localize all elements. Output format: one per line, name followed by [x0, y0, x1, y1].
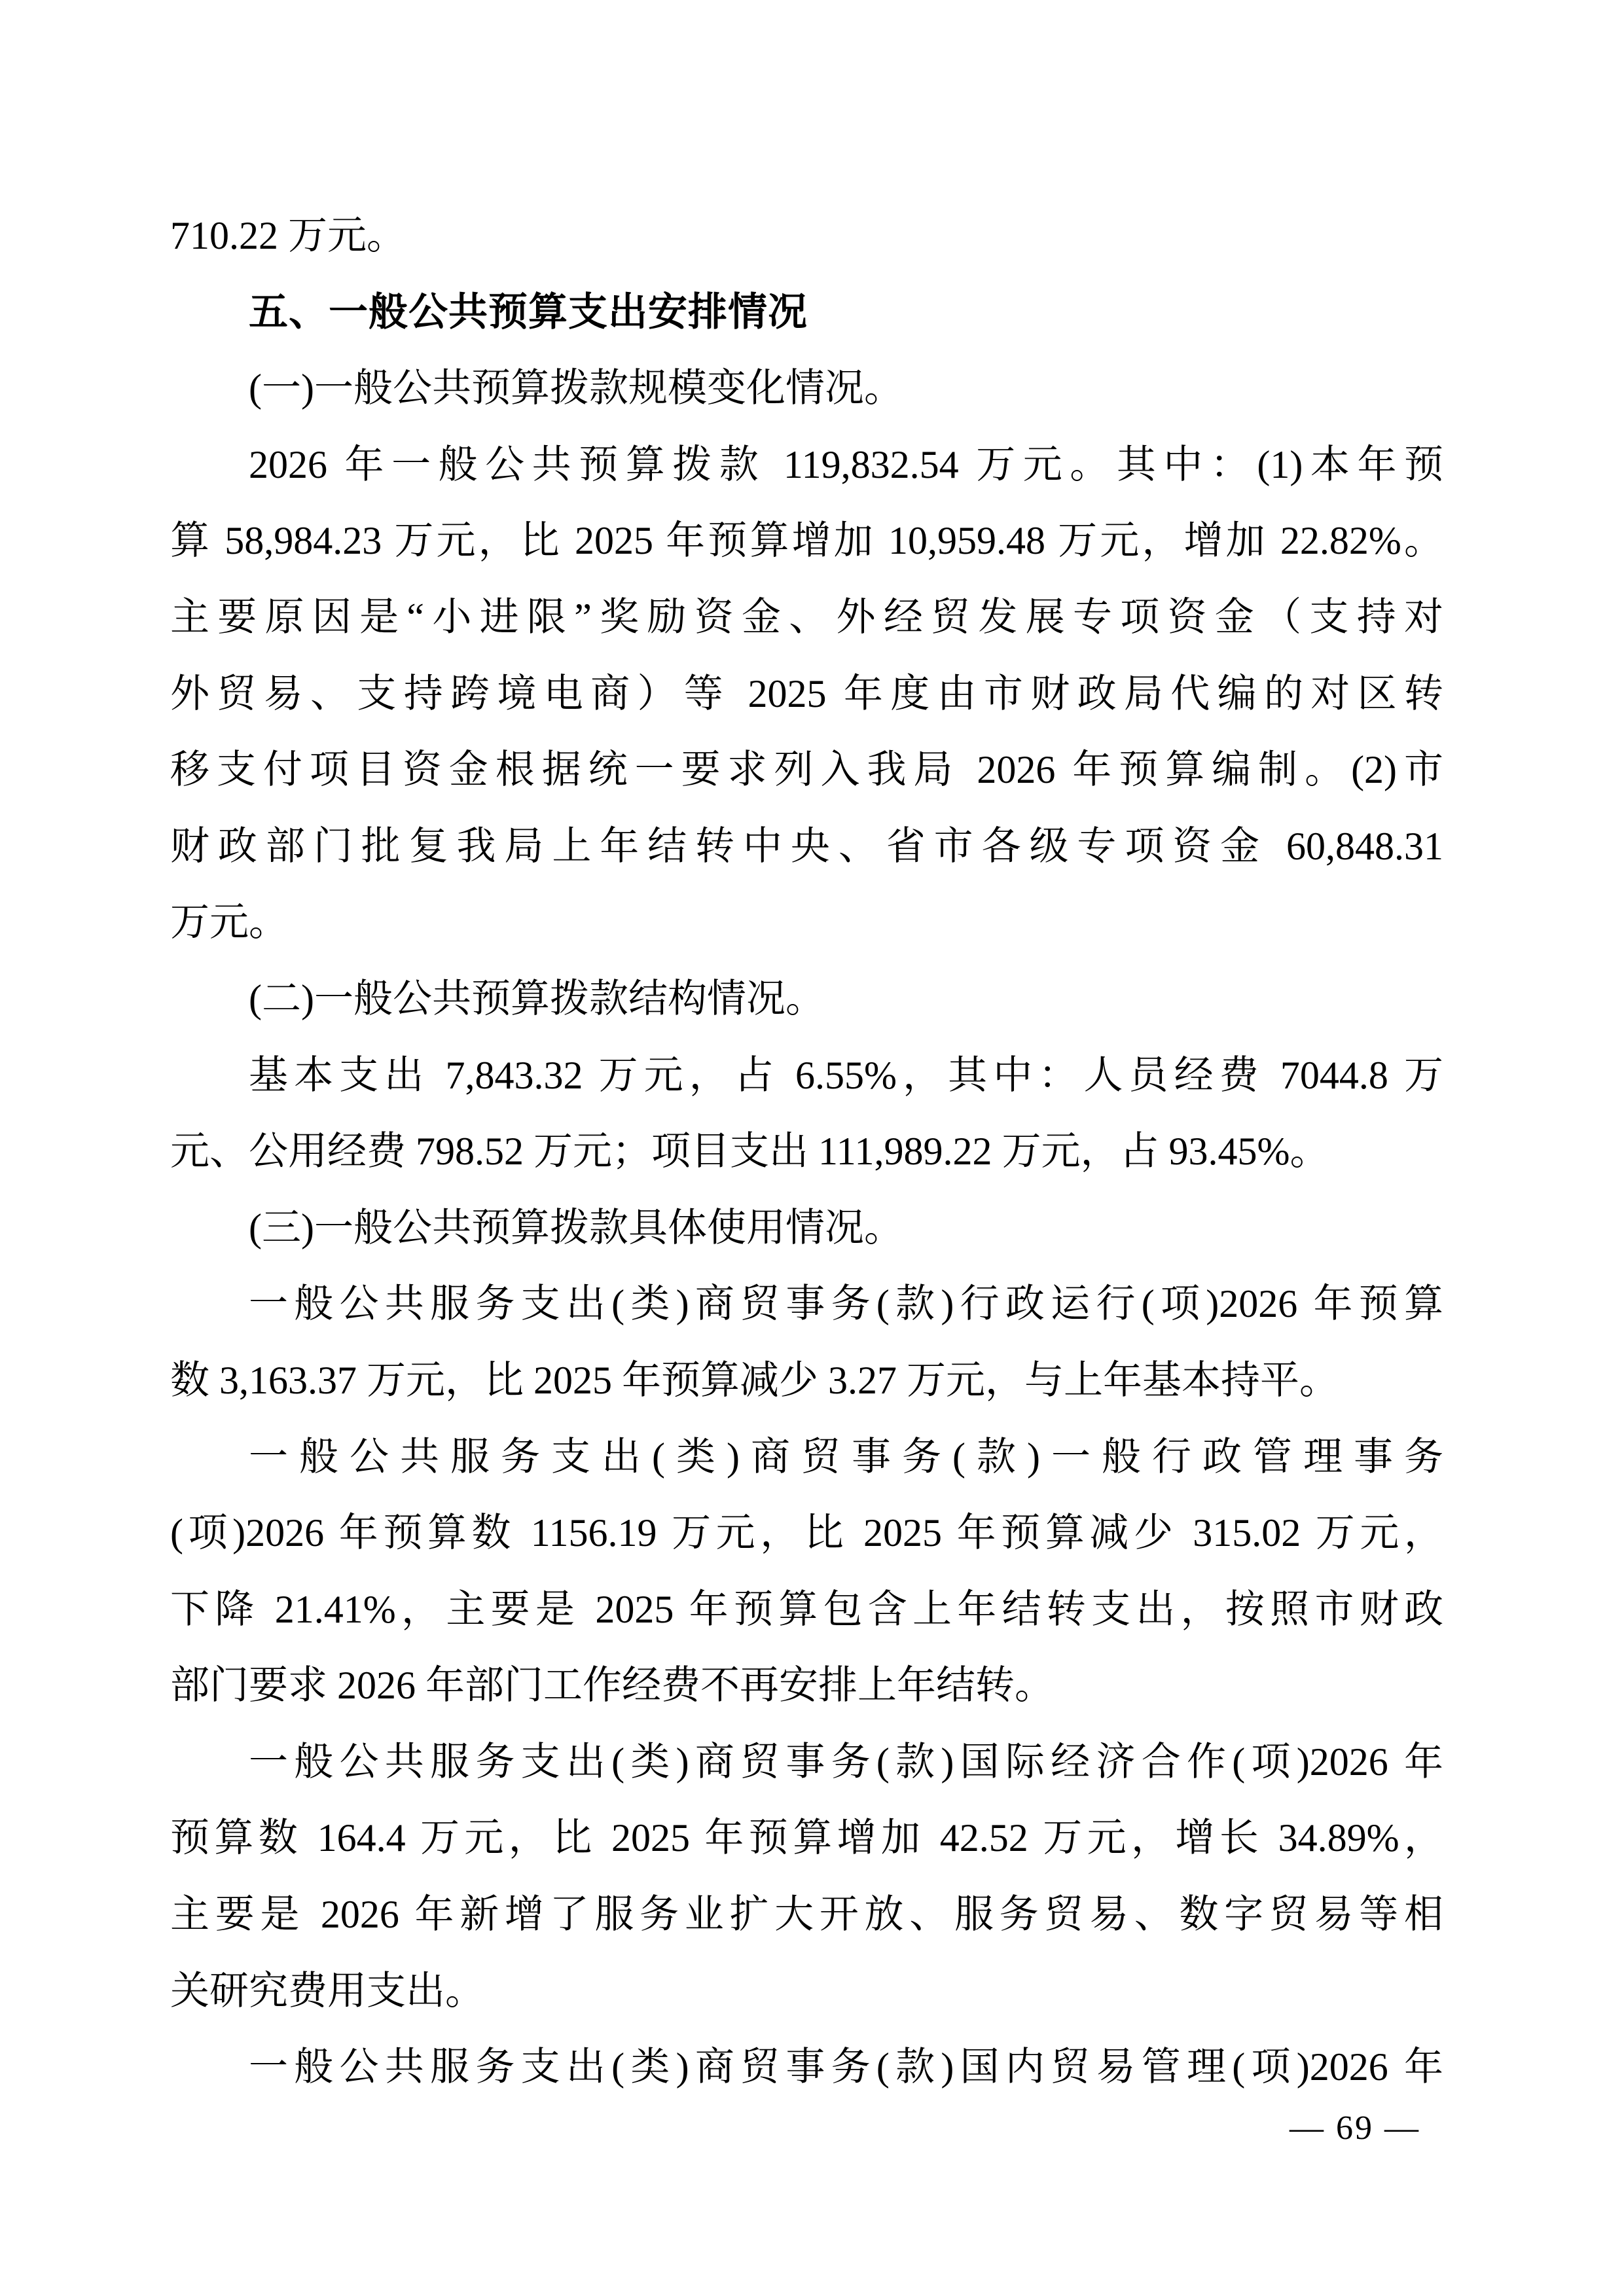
text-line: (项)2026 年预算数 1156.19 万元，比 2025 年预算减少 315… — [170, 1495, 1443, 1571]
text-line: 预算数 164.4 万元，比 2025 年预算增加 42.52 万元，增长 34… — [170, 1800, 1443, 1876]
text-line: (一)一般公共预算拨款规模变化情况。 — [170, 350, 1443, 427]
text-line: 外贸易、支持跨境电商）等 2025 年度由市财政局代编的对区转 — [170, 656, 1443, 732]
text-line: 元、公用经费 798.52 万元；项目支出 111,989.22 万元，占 93… — [170, 1113, 1443, 1190]
text-line: (二)一般公共预算拨款结构情况。 — [170, 961, 1443, 1037]
text-line: 算 58,984.23 万元，比 2025 年预算增加 10,959.48 万元… — [170, 503, 1443, 579]
text-line: 一般公共服务支出(类)商贸事务(款)国际经济合作(项)2026 年 — [170, 1724, 1443, 1801]
text-line: 一般公共服务支出(类)商贸事务(款)一般行政管理事务 — [170, 1419, 1443, 1496]
text-line: 部门要求 2026 年部门工作经费不再安排上年结转。 — [170, 1647, 1443, 1724]
text-line: 关研究费用支出。 — [170, 1953, 1443, 2030]
text-line: 一般公共服务支出(类)商贸事务(款)国内贸易管理(项)2026 年 — [170, 2029, 1443, 2106]
section-heading: 五、一般公共预算支出安排情况 — [170, 274, 1443, 351]
text-line: 2026 年一般公共预算拨款 119,832.54 万元。其中：(1)本年预 — [170, 427, 1443, 503]
document-page: 710.22 万元。 五、一般公共预算支出安排情况 (一)一般公共预算拨款规模变… — [0, 0, 1624, 2296]
text-line: 财政部门批复我局上年结转中央、省市各级专项资金 60,848.31 — [170, 808, 1443, 885]
page-number: — 69 — — [1290, 2109, 1420, 2147]
text-line: (三)一般公共预算拨款具体使用情况。 — [170, 1190, 1443, 1266]
text-line: 主要是 2026 年新增了服务业扩大开放、服务贸易、数字贸易等相 — [170, 1876, 1443, 1953]
text-line: 移支付项目资金根据统一要求列入我局 2026 年预算编制。(2)市 — [170, 732, 1443, 808]
text-line: 基本支出 7,843.32 万元，占 6.55%，其中：人员经费 7044.8 … — [170, 1037, 1443, 1114]
text-line: 一般公共服务支出(类)商贸事务(款)行政运行(项)2026 年预算 — [170, 1266, 1443, 1342]
text-content: 710.22 万元。 五、一般公共预算支出安排情况 (一)一般公共预算拨款规模变… — [170, 198, 1443, 2106]
text-line: 数 3,163.37 万元，比 2025 年预算减少 3.27 万元，与上年基本… — [170, 1342, 1443, 1419]
text-line: 万元。 — [170, 884, 1443, 961]
text-line: 主要原因是“小进限”奖励资金、外经贸发展专项资金（支持对 — [170, 579, 1443, 656]
text-line: 下降 21.41%，主要是 2025 年预算包含上年结转支出，按照市财政 — [170, 1571, 1443, 1648]
text-line: 710.22 万元。 — [170, 198, 1443, 274]
